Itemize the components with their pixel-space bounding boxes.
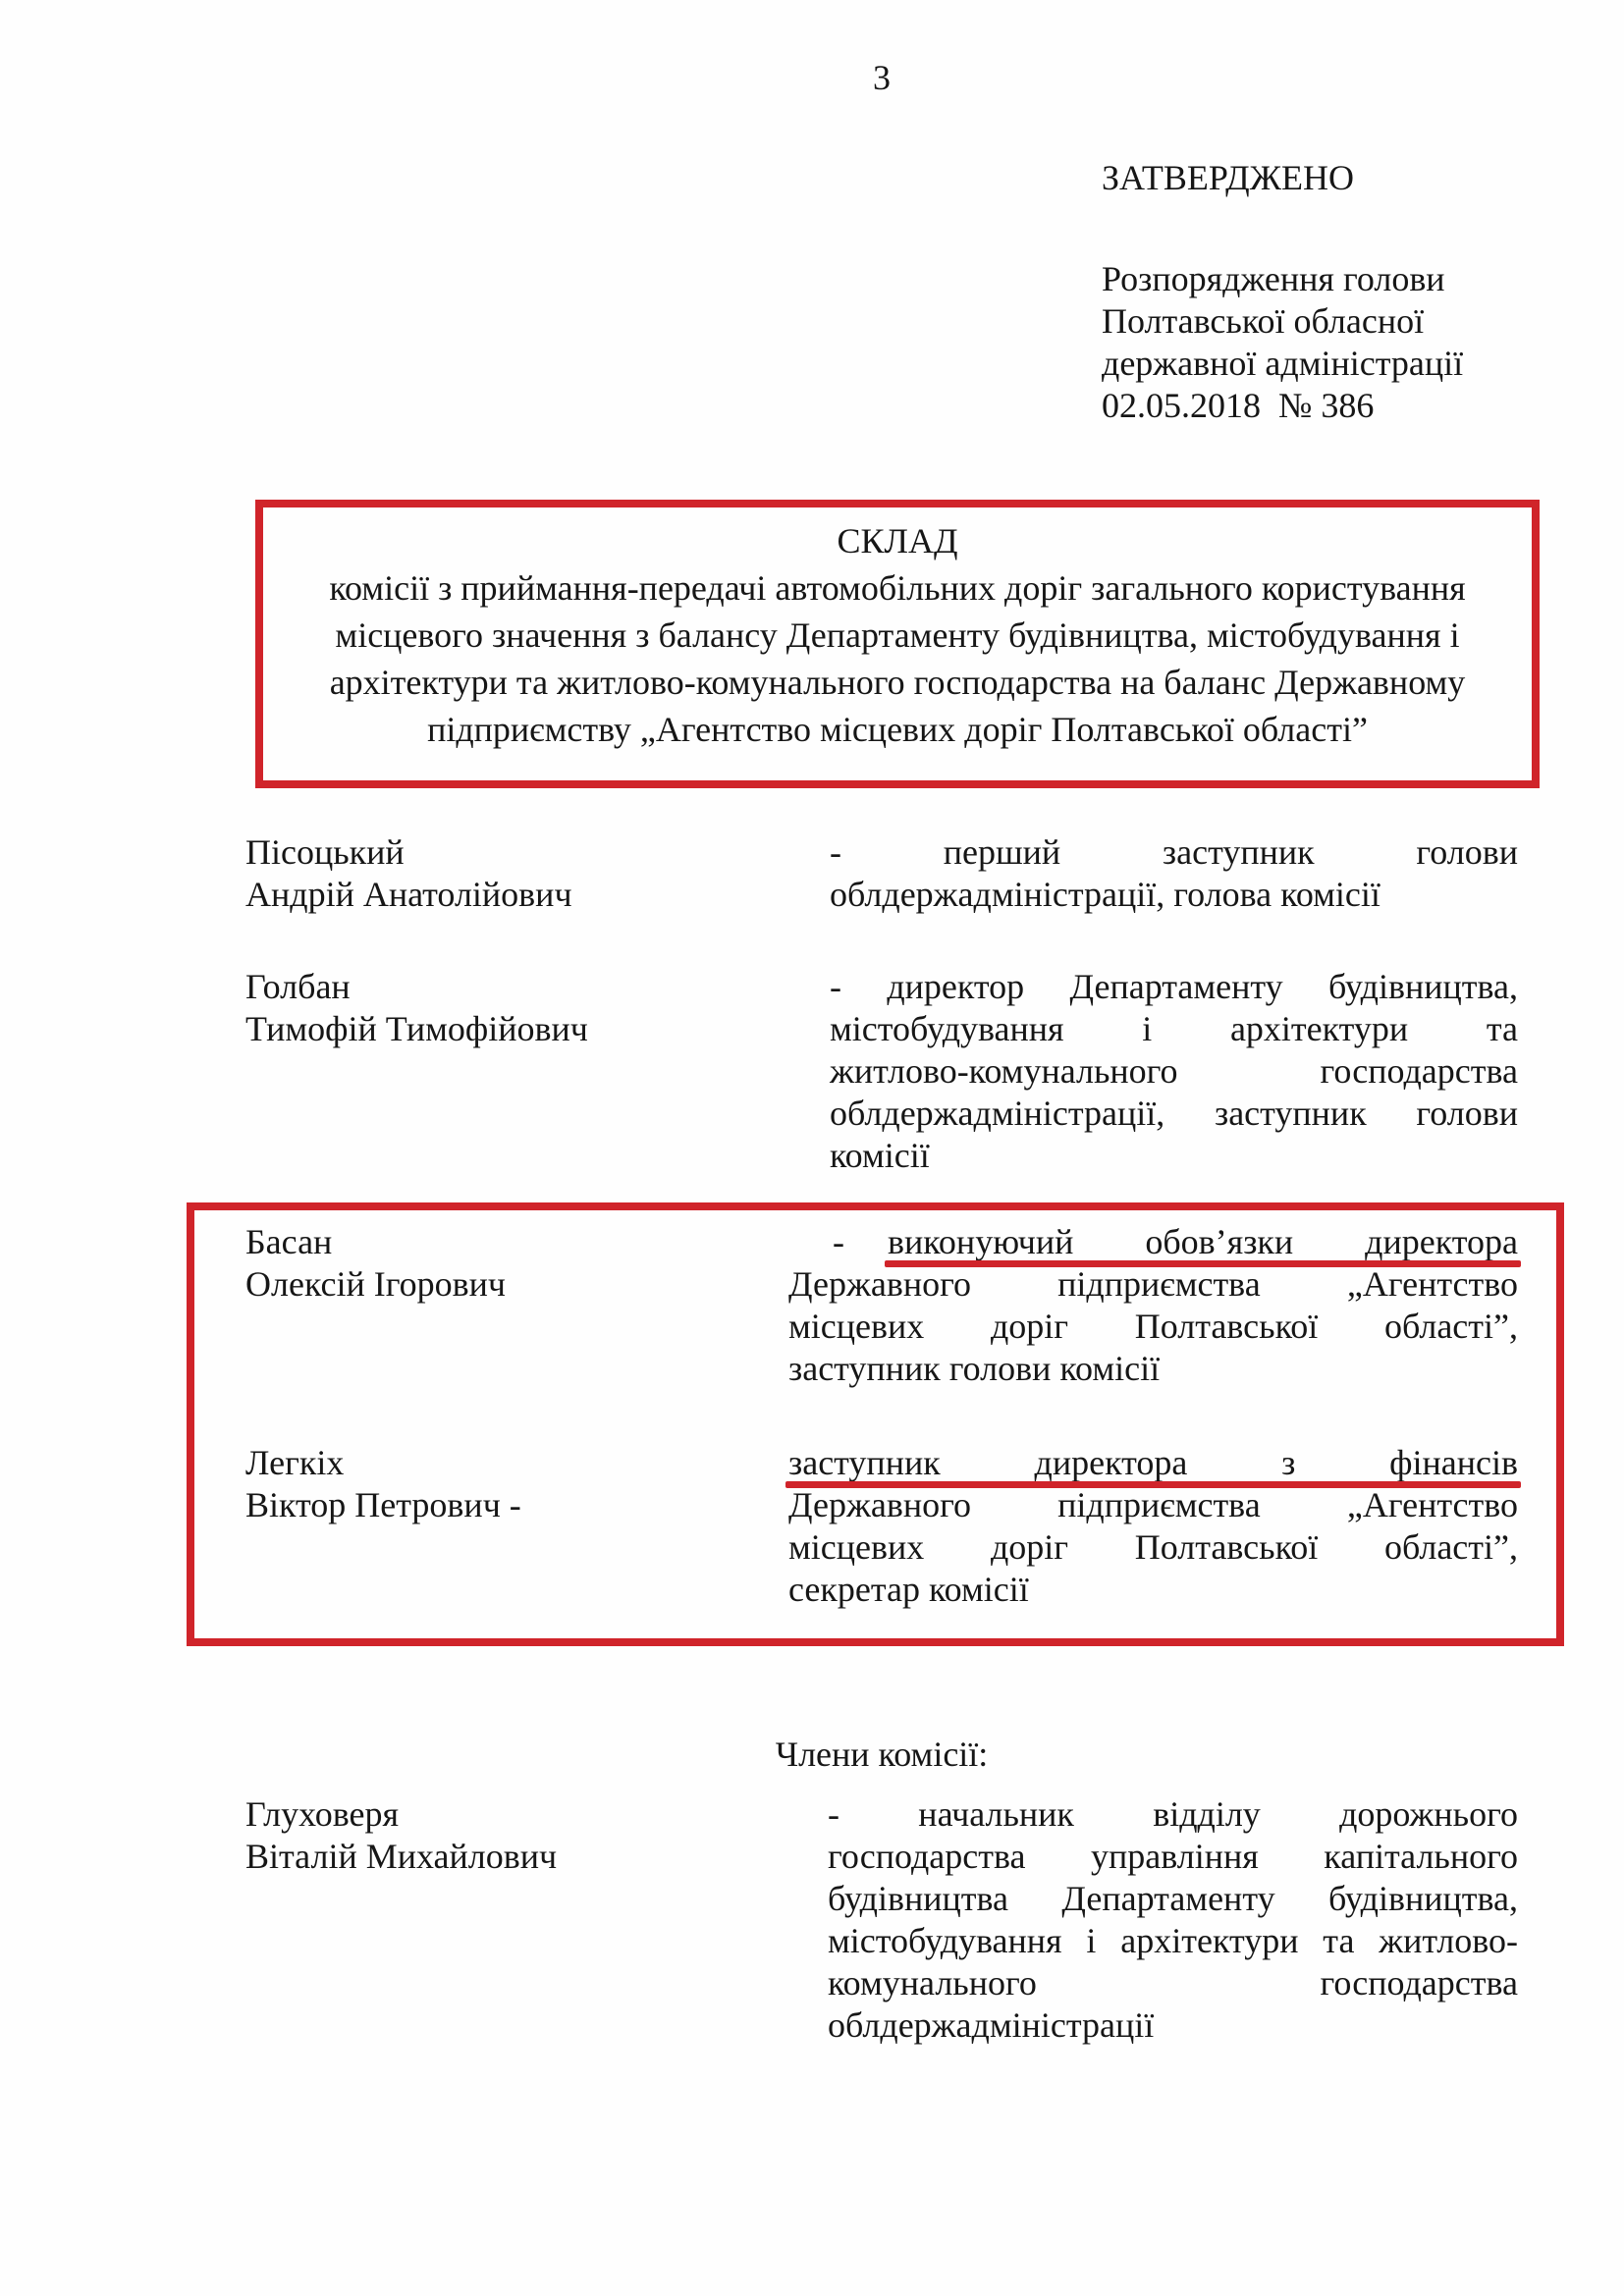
role-word: області”, <box>1384 1526 1518 1569</box>
member-role-line: житлово-комунальногогосподарства <box>830 1050 1518 1093</box>
role-dash: - <box>828 1793 839 1836</box>
role-word: заступник <box>788 1442 941 1484</box>
role-word: області”, <box>1384 1306 1518 1348</box>
member-role-line: містобудуванняіархітектурита <box>830 1008 1518 1050</box>
member-name-line: Тимофій Тимофійович <box>245 1008 776 1050</box>
role-word: господарства <box>1321 1962 1518 2004</box>
role-word: з <box>1281 1442 1295 1484</box>
composition-heading: СКЛАД <box>283 517 1512 564</box>
member-role-line: містобудуванняіархітектуритажитлово- <box>828 1920 1518 1962</box>
member-name-line: Голбан <box>245 966 776 1008</box>
member-name-line: Віталій Михайлович <box>245 1836 776 1878</box>
role-word: будівництва <box>828 1878 1008 1920</box>
role-word: житлово- <box>1379 1920 1518 1962</box>
role-word: відділу <box>1153 1793 1261 1836</box>
role-word: господарства <box>828 1836 1025 1878</box>
approval-line: Полтавської обласної <box>1102 300 1463 343</box>
member-role: -директорДепартаментубудівництва,містобу… <box>830 966 1518 1177</box>
page-number: 3 <box>245 57 1518 99</box>
role-word: Департаменту <box>1061 1878 1274 1920</box>
role-dash: - <box>830 966 841 1008</box>
role-word: директора <box>1035 1442 1188 1484</box>
approval-line: Розпорядження голови <box>1102 258 1463 300</box>
member-name-line: Легкіх <box>245 1442 776 1484</box>
role-word: господарства <box>1321 1050 1518 1093</box>
role-word: Державного <box>788 1263 971 1306</box>
role-word: Полтавської <box>1135 1306 1319 1348</box>
member-role-line: облдержадміністрації, голова комісії <box>830 874 1518 916</box>
member-name-line: Глуховеря <box>245 1793 776 1836</box>
member-name: ПісоцькийАндрій Анатолійович <box>245 831 776 916</box>
composition-subtitle-line: місцевого значення з балансу Департамент… <box>283 612 1512 659</box>
member-role-line: -начальниквідділудорожнього <box>828 1793 1518 1836</box>
member-name-line: Олексій Ігорович <box>245 1263 776 1306</box>
role-dash: - <box>833 1221 844 1263</box>
role-word: комунального <box>828 1962 1037 2004</box>
member-role-line: -виконуючийобов’язкидиректора <box>788 1221 1518 1263</box>
member-role: -начальниквідділудорожньогогосподарствау… <box>828 1793 1518 2047</box>
role-word: управління <box>1091 1836 1259 1878</box>
red-underlined-phrase: виконуючийобов’язкидиректора <box>888 1221 1518 1263</box>
member-role-line: комунальногогосподарства <box>828 1962 1518 2004</box>
role-word: виконуючий <box>888 1221 1073 1263</box>
role-word: директора <box>1365 1221 1518 1263</box>
member-name: БасанОлексій Ігорович <box>245 1221 776 1306</box>
role-word: архітектури <box>1120 1920 1298 1962</box>
role-word: Департаменту <box>1069 966 1282 1008</box>
approval-stamp: ЗАТВЕРДЖЕНО <box>1102 157 1463 199</box>
role-word: містобудування <box>828 1920 1062 1962</box>
approval-line: 02.05.2018 № 386 <box>1102 385 1463 427</box>
role-word: та <box>1487 1008 1518 1050</box>
member-name-line: Пісоцький <box>245 831 776 874</box>
role-word: будівництва, <box>1328 1878 1518 1920</box>
role-word: заступник <box>1215 1093 1367 1135</box>
member-role-line: місцевихдорігПолтавськоїобласті”, <box>788 1526 1518 1569</box>
role-word: і <box>1142 1008 1152 1050</box>
role-word: капітального <box>1324 1836 1518 1878</box>
role-word: доріг <box>991 1306 1068 1348</box>
role-word: житлово-комунального <box>830 1050 1178 1093</box>
member-role-line: -першийзаступникголови <box>830 831 1518 874</box>
member-role-line: облдержадміністрації,заступникголови <box>830 1093 1518 1135</box>
member-role-line: облдержадміністрації <box>828 2004 1518 2047</box>
member-role-line: заступник голови комісії <box>788 1348 1518 1390</box>
approval-block: ЗАТВЕРДЖЕНО Розпорядження голови Полтавс… <box>1102 157 1463 427</box>
role-word: Полтавської <box>1135 1526 1319 1569</box>
red-underlined-phrase: заступникдиректоразфінансів <box>788 1442 1518 1484</box>
member-role-line: заступникдиректоразфінансів <box>788 1442 1518 1484</box>
composition-subtitle-line: підприємству „Агентство місцевих доріг П… <box>283 706 1512 753</box>
role-word: Державного <box>788 1484 971 1526</box>
role-word: підприємства <box>1057 1263 1261 1306</box>
role-word: голови <box>1416 831 1518 874</box>
member-role-line: будівництваДепартаментубудівництва, <box>828 1878 1518 1920</box>
member-name-line: Басан <box>245 1221 776 1263</box>
approval-line: державної адміністрації <box>1102 343 1463 385</box>
role-word: голови <box>1416 1093 1518 1135</box>
member-role: -виконуючийобов’язкидиректораДержавногоп… <box>788 1221 1518 1390</box>
role-word: і <box>1086 1920 1096 1962</box>
role-word: будівництва, <box>1328 966 1518 1008</box>
role-word: фінансів <box>1389 1442 1518 1484</box>
composition-title-box: СКЛАД комісії з приймання-передачі автом… <box>255 500 1540 788</box>
member-role-line: секретар комісії <box>788 1569 1518 1611</box>
role-word: місцевих <box>788 1306 924 1348</box>
member-name: ГолбанТимофій Тимофійович <box>245 966 776 1050</box>
role-word: містобудування <box>830 1008 1064 1050</box>
composition-subtitle-line: комісії з приймання-передачі автомобільн… <box>283 564 1512 612</box>
member-role-line: місцевихдорігПолтавськоїобласті”, <box>788 1306 1518 1348</box>
composition-subtitle-line: архітектури та житлово-комунального госп… <box>283 659 1512 706</box>
member-name-line: Андрій Анатолійович <box>245 874 776 916</box>
member-name-line: Віктор Петрович - <box>245 1484 776 1526</box>
role-word: доріг <box>991 1526 1068 1569</box>
role-word: архітектури <box>1230 1008 1408 1050</box>
role-word: обов’язки <box>1145 1221 1293 1263</box>
role-word: місцевих <box>788 1526 924 1569</box>
member-role: -першийзаступникголовиоблдержадміністрац… <box>830 831 1518 916</box>
member-role: заступникдиректоразфінансівДержавногопід… <box>788 1442 1518 1611</box>
member-name: ЛегкіхВіктор Петрович - <box>245 1442 776 1526</box>
role-word: перший <box>944 831 1061 874</box>
role-word: дорожнього <box>1339 1793 1518 1836</box>
role-word: директор <box>887 966 1024 1008</box>
role-word: підприємства <box>1057 1484 1261 1526</box>
role-word: облдержадміністрації, <box>830 1093 1164 1135</box>
role-word: та <box>1323 1920 1354 1962</box>
role-word: заступник <box>1163 831 1315 874</box>
members-heading: Члени комісії: <box>245 1734 1518 1776</box>
document-page: 3 ЗАТВЕРДЖЕНО Розпорядження голови Полта… <box>0 0 1624 2296</box>
role-word: „Агентство <box>1347 1484 1518 1526</box>
role-word: „Агентство <box>1347 1263 1518 1306</box>
member-role-line: господарствауправліннякапітального <box>828 1836 1518 1878</box>
member-role-line: -директорДепартаментубудівництва, <box>830 966 1518 1008</box>
role-word: начальник <box>918 1793 1074 1836</box>
member-name: ГлуховеряВіталій Михайлович <box>245 1793 776 1878</box>
member-role-line: Державногопідприємства„Агентство <box>788 1263 1518 1306</box>
role-dash: - <box>830 831 841 874</box>
member-role-line: Державногопідприємства„Агентство <box>788 1484 1518 1526</box>
member-role-line: комісії <box>830 1135 1518 1177</box>
